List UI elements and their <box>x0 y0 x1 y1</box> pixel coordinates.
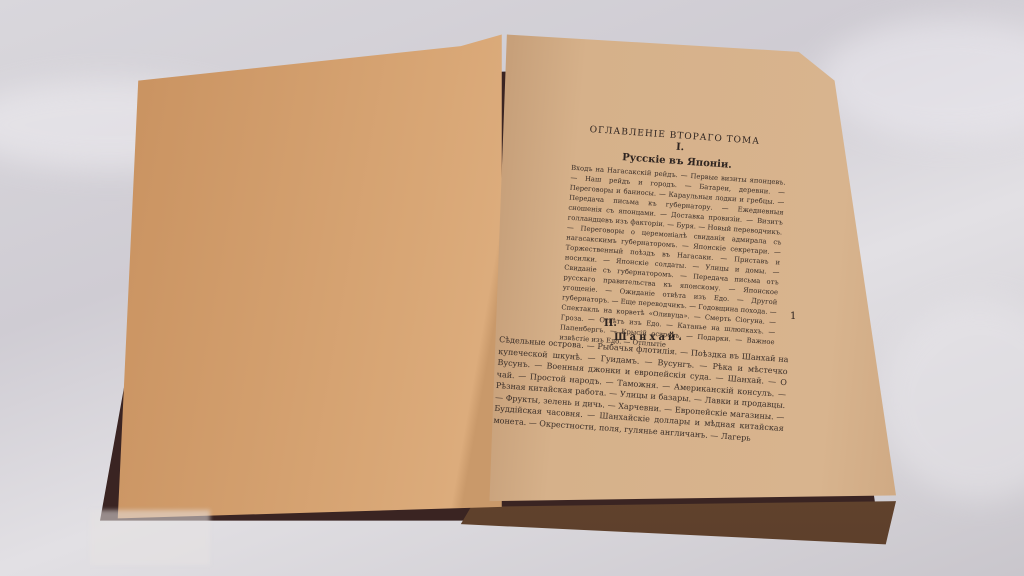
watermark-blur <box>90 510 210 565</box>
section-page-ref: 1 <box>790 311 796 322</box>
cloth-fold <box>820 20 1024 140</box>
section-contents: Входъ на Нагасакскій рейдъ. — Первые виз… <box>559 163 786 358</box>
section-number: I. <box>676 142 685 154</box>
section-title: Шанхай. <box>614 332 685 343</box>
section-number: II. <box>604 318 617 329</box>
cloth-fold <box>880 300 1024 500</box>
